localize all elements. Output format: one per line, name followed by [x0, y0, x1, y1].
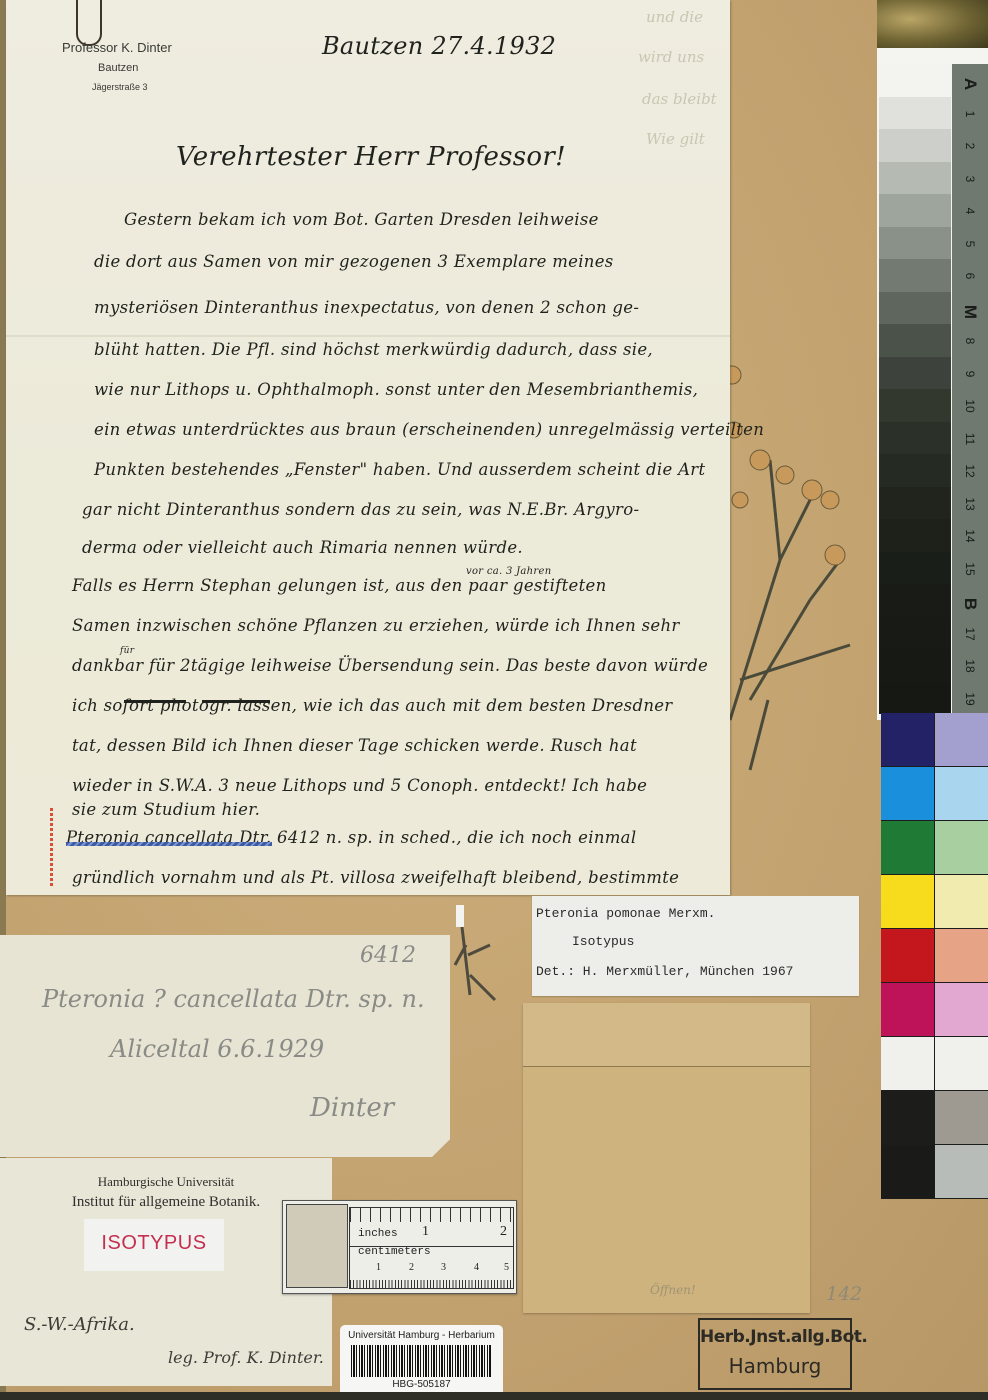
gray-step	[879, 194, 951, 227]
gray-step	[879, 552, 951, 585]
color-patch	[881, 821, 935, 874]
bottom-edge	[0, 1392, 988, 1400]
gray-step	[879, 64, 951, 97]
gray-step-label: 1	[963, 96, 977, 132]
centimeters-label: centimeters	[358, 1246, 431, 1258]
color-patch	[881, 713, 935, 766]
blue-underline	[66, 842, 272, 846]
gray-step	[879, 292, 951, 325]
color-row	[881, 821, 988, 875]
region: S.-W.-Afrika.	[24, 1314, 135, 1335]
plant-fragment	[450, 905, 530, 1015]
gray-step-label: 6	[963, 258, 977, 294]
barcode-number: HBG-505187	[340, 1379, 503, 1390]
cm-mark: 5	[504, 1262, 509, 1273]
gray-step-label: 9	[963, 356, 977, 392]
underline	[124, 700, 186, 703]
sheet-number: 142	[826, 1283, 862, 1305]
gray-step-label: 2	[963, 128, 977, 164]
letter-greeting: Verehrtester Herr Professor!	[176, 142, 566, 172]
bleed-through-text: das bleibt	[642, 90, 717, 108]
legit: leg. Prof. K. Dinter.	[168, 1348, 324, 1367]
letter-line: die dort aus Samen von mir gezogenen 3 E…	[94, 252, 614, 271]
gray-step	[879, 487, 951, 520]
interlinear-note: für	[120, 646, 134, 656]
bleed-through-text: Wie gilt	[646, 130, 705, 148]
gray-step-label: 18	[963, 648, 977, 684]
barcode-title: Universität Hamburg - Herbarium	[340, 1330, 503, 1341]
envelope-note: Öffnen!	[650, 1283, 696, 1297]
underline	[202, 700, 270, 703]
color-patch	[881, 875, 935, 928]
color-patch	[881, 1091, 935, 1144]
letter-line: dankbar für 2tägige leihweise Übersendun…	[72, 656, 708, 675]
gray-step	[879, 259, 951, 292]
color-patch	[881, 1145, 935, 1198]
color-row	[881, 983, 988, 1037]
color-row	[881, 713, 988, 767]
gray-step-label: 17	[963, 616, 977, 652]
gray-step	[879, 389, 951, 422]
color-patch	[881, 983, 935, 1036]
letterhead-street: Jägerstraße 3	[92, 82, 148, 92]
gray-step-label: 8	[963, 323, 977, 359]
gray-step	[879, 324, 951, 357]
color-patch	[881, 1037, 935, 1090]
cm-ticks	[350, 1280, 513, 1288]
cm-mark: 3	[441, 1262, 446, 1273]
letter-line: Punkten bestehendes „Fenster" haben. Und…	[94, 460, 705, 479]
gray-step	[879, 97, 951, 130]
envelope-flap[interactable]	[523, 1003, 810, 1067]
stamp-line-1: Herb.Jnst.allg.Bot.	[700, 1327, 850, 1347]
barcode-label: Universität Hamburg - Herbarium HBG-5051…	[340, 1325, 503, 1396]
color-row	[881, 1091, 988, 1145]
letter-line: tat, dessen Bild ich Ihnen dieser Tage s…	[72, 736, 637, 755]
letter-line: Samen inzwischen schöne Pflanzen zu erzi…	[72, 616, 680, 635]
color-row	[881, 1145, 988, 1199]
letterhead-city: Bautzen	[98, 62, 138, 74]
color-row	[881, 767, 988, 821]
letter-line: gar nicht Dinteranthus sondern das zu se…	[82, 500, 639, 519]
letter-line: ich sofort photogr. lassen, wie ich das …	[72, 696, 673, 715]
gray-scale-steps	[879, 64, 951, 714]
cm-mark: 4	[474, 1262, 479, 1273]
gray-step	[879, 649, 951, 682]
barcode-icon	[351, 1345, 492, 1377]
gray-step-label: 19	[963, 681, 977, 717]
letter-line: wie nur Lithops u. Ophthalmoph. sonst un…	[94, 380, 698, 399]
fragment-envelope[interactable]: Öffnen!	[523, 1003, 810, 1313]
color-patch	[935, 821, 988, 874]
gray-step	[879, 584, 951, 617]
inch-ticks	[350, 1208, 513, 1222]
plant-specimen	[720, 300, 880, 780]
color-patch	[935, 1037, 988, 1090]
gray-step	[879, 682, 951, 715]
color-patch	[935, 983, 988, 1036]
margin-mark	[50, 808, 53, 886]
det-taxon: Pteronia pomonae Merxm.	[536, 906, 715, 921]
letter: Professor K. Dinter Bautzen Jägerstraße …	[6, 0, 730, 895]
letter-line: derma oder vielleicht auch Rimaria nenne…	[82, 538, 523, 557]
color-patch	[935, 767, 988, 820]
gray-step	[879, 227, 951, 260]
gray-step-label: 3	[963, 161, 977, 197]
color-patch	[935, 1091, 988, 1144]
gray-step	[879, 129, 951, 162]
color-patch	[935, 875, 988, 928]
gray-step-label: 14	[963, 518, 977, 554]
color-checker	[881, 713, 988, 1199]
gray-step-label: 11	[963, 421, 977, 457]
cm-mark: 1	[376, 1262, 381, 1273]
letter-line: wieder in S.W.A. 3 neue Lithops und 5 Co…	[72, 776, 647, 795]
bleed-through-text: wird uns	[638, 48, 704, 66]
collector-signature: Dinter	[310, 1093, 394, 1123]
letter-date: Bautzen 27.4.1932	[322, 32, 556, 60]
bleed-through-text: und die	[646, 8, 703, 26]
gray-step-label: 5	[963, 226, 977, 262]
isotypus-text: ISOTYPUS	[84, 1232, 224, 1255]
color-patch	[935, 929, 988, 982]
isotypus-stamp: ISOTYPUS	[84, 1219, 224, 1271]
stamp-line-2: Hamburg	[700, 1354, 850, 1378]
letter-line: mysteriösen Dinteranthus inexpectatus, v…	[94, 298, 639, 317]
locality-date: Aliceltal 6.6.1929	[110, 1035, 324, 1063]
gray-scale-labels: A123456M89101112131415B171819	[952, 64, 988, 714]
field-label: 6412 Pteronia ? cancellata Dtr. sp. n. A…	[0, 935, 450, 1157]
gray-step	[879, 162, 951, 195]
interlinear-note: vor ca. 3 Jahren	[466, 566, 551, 577]
background-corner	[877, 0, 988, 48]
herbarium-stamp: Herb.Jnst.allg.Bot. Hamburg	[698, 1318, 852, 1390]
institute-university: Hamburgische Universität	[0, 1174, 332, 1190]
det-determiner: Det.: H. Merxmüller, München 1967	[536, 964, 793, 979]
inch-mark-1: 1	[422, 1224, 429, 1240]
specimen-taxon: Pteronia ? cancellata Dtr. sp. n.	[42, 985, 425, 1013]
ruler-scale: inches 1 2 centimeters 1 2 3 4 5	[349, 1207, 514, 1289]
letterhead-name: Professor K. Dinter	[62, 40, 172, 55]
gray-step-label: 10	[963, 388, 977, 424]
gray-step	[879, 454, 951, 487]
color-patch	[881, 929, 935, 982]
scale-ruler: inches 1 2 centimeters 1 2 3 4 5	[282, 1200, 517, 1294]
det-status: Isotypus	[572, 934, 634, 949]
gray-step-label: 4	[963, 193, 977, 229]
ruler-gray-patch	[286, 1204, 348, 1288]
collection-number: 6412	[360, 943, 416, 968]
gray-step	[879, 357, 951, 390]
letter-line: Gestern bekam ich vom Bot. Garten Dresde…	[124, 210, 599, 229]
letter-line: ein etwas unterdrücktes aus braun (ersch…	[94, 420, 764, 439]
letter-line: gründlich vornahm und als Pt. villosa zw…	[72, 868, 679, 887]
color-patch	[881, 767, 935, 820]
gray-step-label: 13	[963, 486, 977, 522]
inches-label: inches	[358, 1228, 398, 1240]
inch-mark-2: 2	[500, 1224, 507, 1240]
letter-line: blüht hatten. Die Pfl. sind höchst merkw…	[94, 340, 653, 359]
gray-step	[879, 617, 951, 650]
color-patch	[935, 713, 988, 766]
color-row	[881, 1037, 988, 1091]
cm-mark: 2	[409, 1262, 414, 1273]
letter-line: Falls es Herrn Stephan gelungen ist, aus…	[72, 576, 607, 595]
gray-step	[879, 519, 951, 552]
color-row	[881, 875, 988, 929]
determination-label: Pteronia pomonae Merxm. Isotypus Det.: H…	[532, 896, 859, 996]
color-patch	[935, 1145, 988, 1198]
gray-step	[879, 422, 951, 455]
letter-line: sie zum Studium hier.	[72, 800, 260, 819]
gray-step-label: 12	[963, 453, 977, 489]
color-row	[881, 929, 988, 983]
letter-fold	[6, 335, 730, 337]
gray-step-label: 15	[963, 551, 977, 587]
